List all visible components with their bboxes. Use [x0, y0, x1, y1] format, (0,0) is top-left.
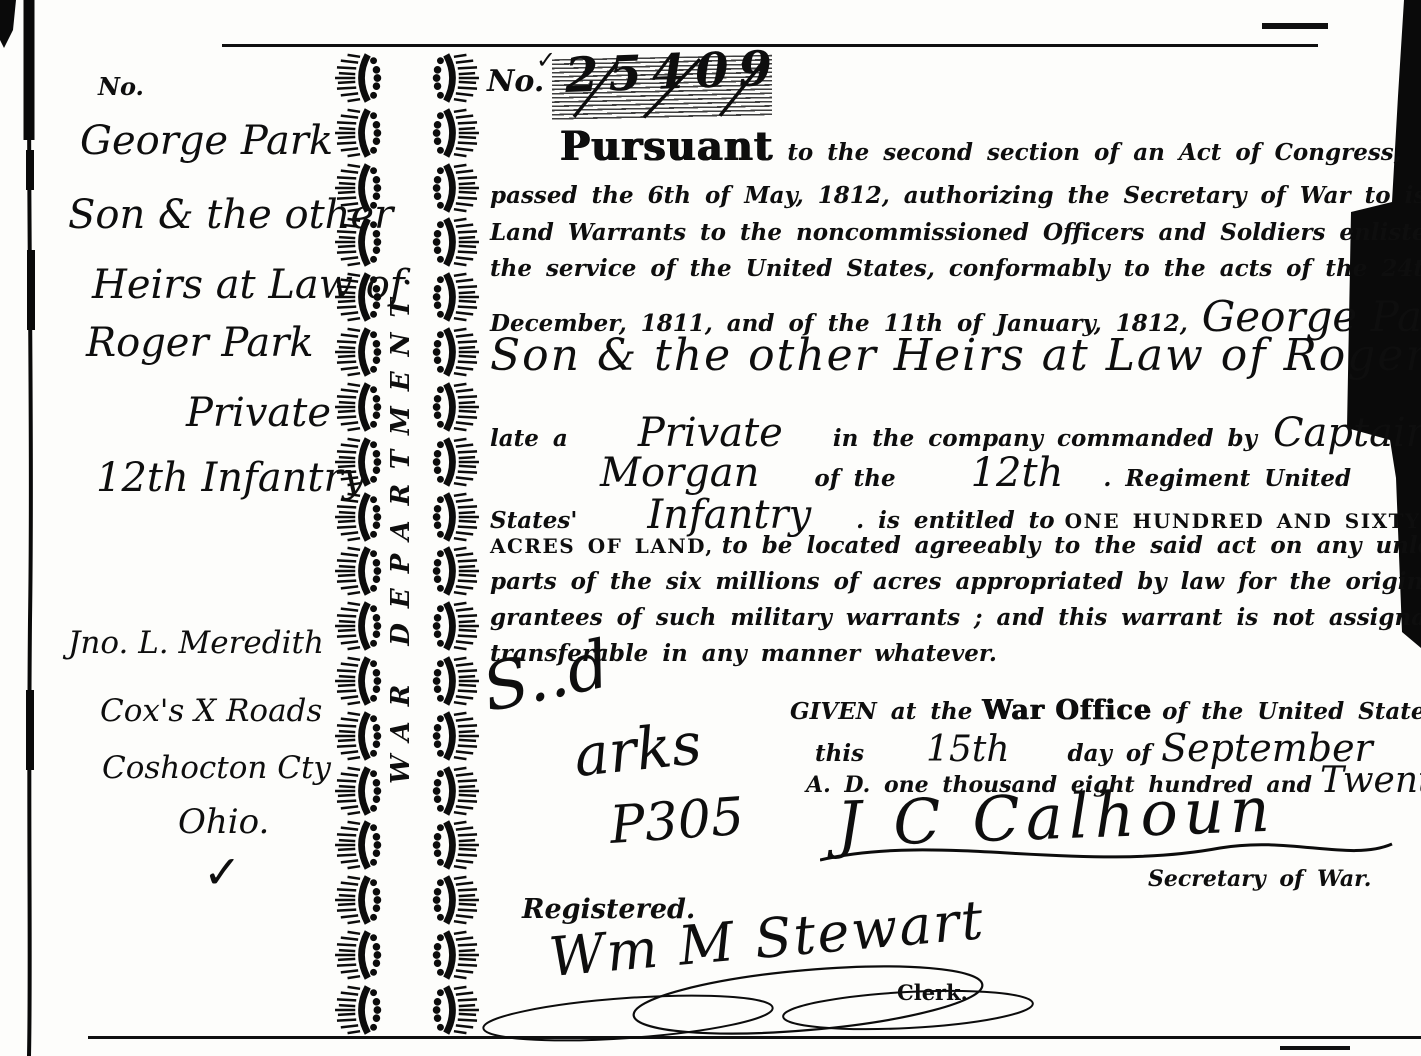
ornament-motif-icon — [334, 819, 390, 871]
body-line: late a — [490, 425, 568, 452]
ornament-motif-icon — [334, 710, 390, 762]
pursuant-word: Pursuant — [560, 132, 773, 162]
ornament-motif-icon — [424, 271, 480, 323]
ornament-motif-icon — [424, 874, 480, 926]
document-page: WAR DEPARTMENT. No. George Park Son & th… — [0, 0, 1421, 1056]
ornament-motif-icon — [334, 874, 390, 926]
ornament-motif-icon — [424, 491, 480, 543]
war-office-blackletter: War Office — [982, 695, 1152, 726]
heirs-line-hand: Son & the other Heirs at Law of Roger Pa… — [490, 330, 1421, 381]
body-line: parts of the six millions of acres appro… — [490, 568, 1421, 595]
margin-checkmark-icon: ✓ — [203, 845, 242, 899]
margin-grantee-line: Heirs at Law of — [92, 262, 405, 308]
body-line: the service of the United States, confor… — [490, 255, 1421, 282]
ornament-motif-icon — [334, 655, 390, 707]
given-text: of the United States, — [1162, 698, 1421, 725]
ornament-motif-icon — [424, 216, 480, 268]
ornament-motif-icon — [334, 52, 390, 104]
given-text: GIVEN at the — [790, 698, 972, 725]
clerk-note-hand: arks — [571, 709, 705, 790]
body-line: . is entitled to — [856, 507, 1054, 534]
margin-unit: 12th Infantry — [96, 455, 365, 501]
margin-address-line: Jno. L. Meredith — [68, 625, 324, 661]
ornament-motif-icon — [424, 655, 480, 707]
acres-caps: ACRES OF LAND, — [490, 534, 714, 558]
margin-grantee-line: Roger Park — [86, 320, 314, 366]
ornament-motif-icon — [424, 107, 480, 159]
ornament-motif-icon — [424, 819, 480, 871]
bottom-dash — [1280, 1046, 1350, 1050]
ornament-motif-icon — [334, 929, 390, 981]
body-line: in the company commanded by — [833, 425, 1257, 452]
top-right-dash — [1262, 23, 1328, 29]
margin-rank: Private — [186, 390, 331, 436]
ornament-motif-icon — [334, 765, 390, 817]
captain-name-hand: Morgan — [600, 450, 759, 496]
margin-address-line: Coshocton Cty — [102, 750, 331, 786]
margin-address-line: Ohio. — [178, 802, 269, 842]
page-edge-left-artifact — [0, 0, 70, 1056]
body-line: . Regiment United — [1103, 465, 1351, 492]
ornament-motif-icon — [424, 765, 480, 817]
ornament-motif-icon — [424, 52, 480, 104]
ornament-motif-icon — [424, 600, 480, 652]
margin-address-line: Cox's X Roads — [100, 693, 322, 729]
body-line: of the — [814, 465, 895, 492]
ornament-motif-icon — [424, 326, 480, 378]
ornament-motif-icon — [334, 326, 390, 378]
year-hand: Twenty Three — [1320, 760, 1421, 801]
secretary-of-war-label: Secretary of War. — [1148, 866, 1371, 892]
margin-no-label: No. — [98, 72, 144, 101]
ornament-column-right — [424, 52, 482, 1036]
warrant-number: 25409 — [564, 40, 783, 104]
ornament-motif-icon — [424, 436, 480, 488]
body-line: to the second section of an Act of Congr… — [787, 139, 1401, 166]
file-number-hand: P305 — [608, 787, 746, 856]
body-line: grantees of such military warrants ; and… — [490, 604, 1421, 631]
regiment-number-hand: 12th — [971, 450, 1064, 496]
body-line: to be located agreeably to the said act … — [722, 532, 1421, 559]
ornament-motif-icon — [424, 381, 480, 433]
ornament-motif-icon — [334, 600, 390, 652]
ornament-motif-icon — [424, 545, 480, 597]
margin-grantee-line: Son & the other — [68, 192, 393, 238]
ornament-motif-icon — [424, 710, 480, 762]
body-line: Land Warrants to the noncommissioned Off… — [490, 219, 1421, 246]
ornament-motif-icon — [334, 381, 390, 433]
body-line: States' — [490, 507, 577, 534]
clerk-label: Clerk. — [897, 980, 968, 1005]
acreage-caps: ONE HUNDRED AND SIXTY — [1065, 509, 1421, 533]
ornament-motif-icon — [424, 162, 480, 214]
body-line: passed the 6th of May, 1812, authorizing… — [490, 182, 1421, 209]
ornament-motif-icon — [334, 107, 390, 159]
margin-grantee-line: George Park — [80, 118, 333, 164]
ornament-motif-icon — [334, 545, 390, 597]
ornament-motif-icon — [334, 984, 390, 1036]
